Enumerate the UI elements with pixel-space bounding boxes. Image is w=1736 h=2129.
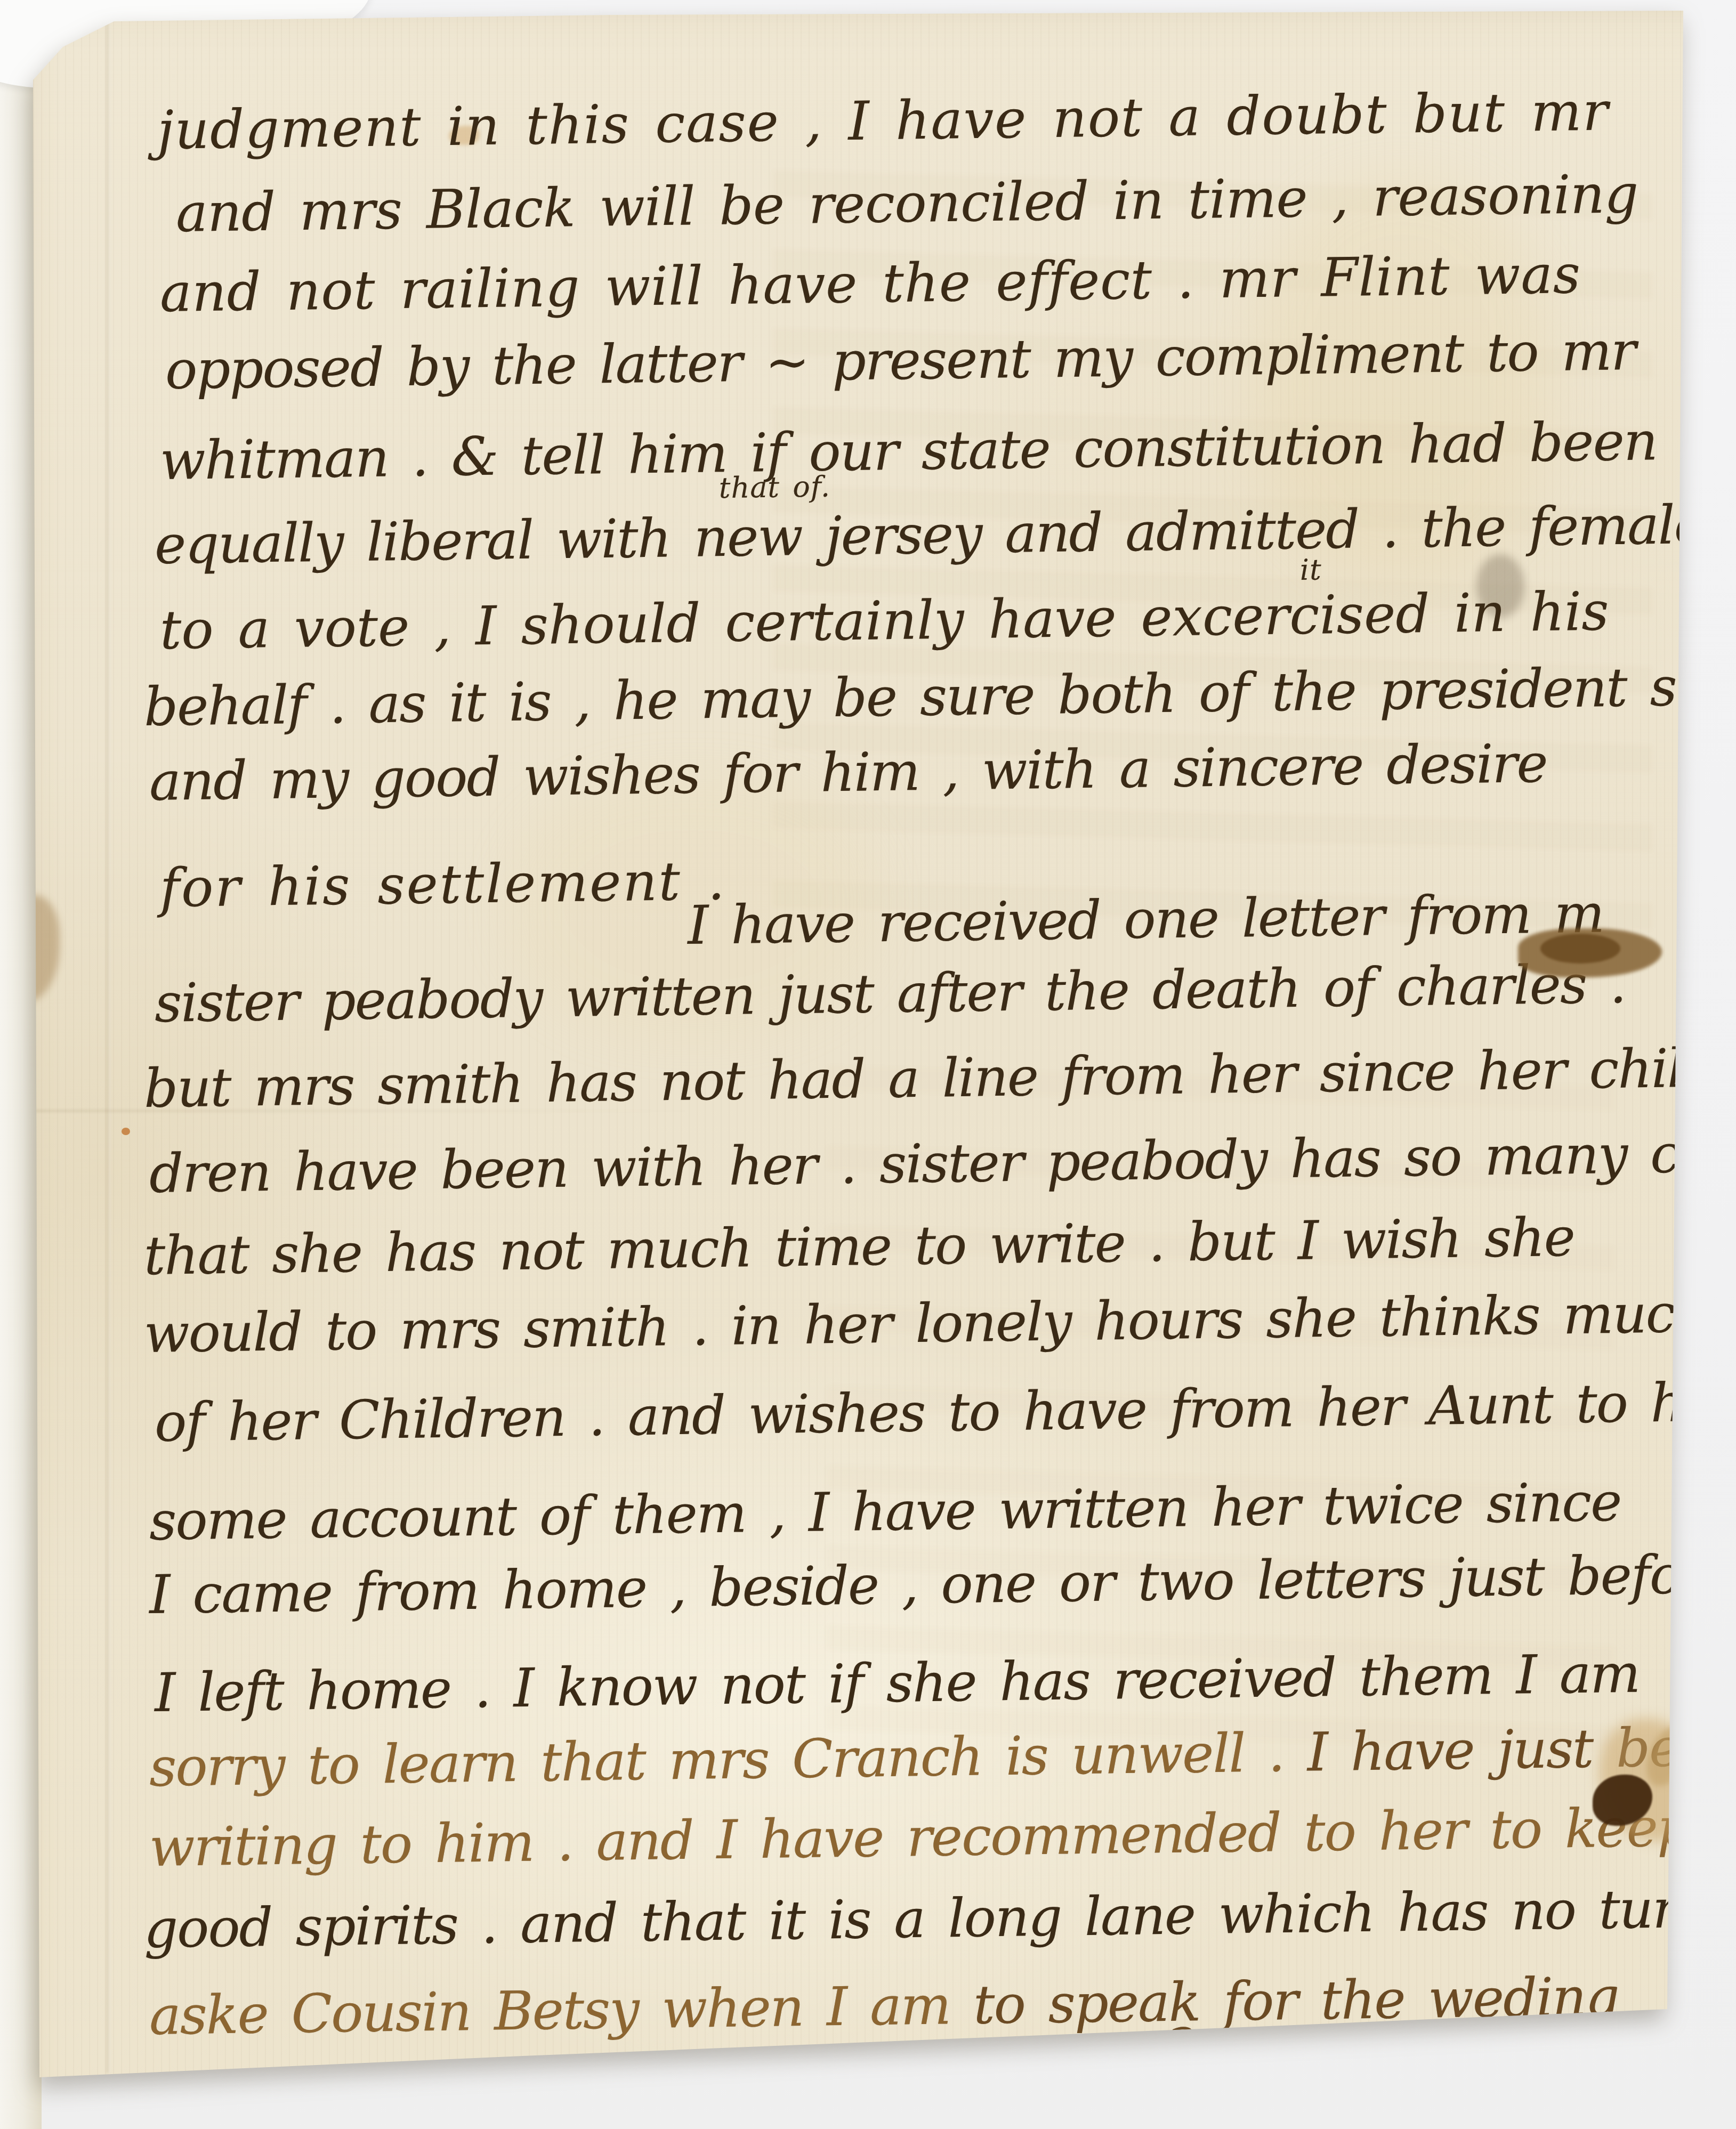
manuscript-text-segment: and not railing will have the effect . m… xyxy=(159,243,1581,324)
manuscript-text-segment: cap ? xyxy=(1039,2017,1197,2081)
manuscript-text-segment: judgment in this case , I have not a dou… xyxy=(157,80,1609,161)
manuscript-text-segment: of her Children . and wishes to have fro… xyxy=(154,1370,1736,1454)
manuscript-text-segment: good spirits . and that it is a long lan… xyxy=(143,1877,1710,1960)
manuscript-text-segment: I came from home , beside , one or two l… xyxy=(149,1543,1735,1626)
manuscript-line: that she has not much time to write . bu… xyxy=(143,1208,1574,1285)
manuscript-text-segment: dren have been with her . sister peabody… xyxy=(149,1121,1736,1205)
seal-stain xyxy=(1,1364,33,1412)
manuscript-line: I have received one letter from m xyxy=(687,885,1604,955)
manuscript-line: opposed by the latter ~ present my compl… xyxy=(165,322,1635,400)
letter-paper-wrap: judgment in this case , I have not a dou… xyxy=(0,0,1736,2129)
manuscript-text-segment: I left home . I know not if she has rece… xyxy=(154,1642,1640,1724)
manuscript-line: equally liberal with new jersey and admi… xyxy=(154,495,1731,574)
manuscript-text-segment: sister peabody written just after the de… xyxy=(154,953,1626,1034)
manuscript-line: to a vote , I should certainly have exce… xyxy=(159,582,1609,660)
manuscript-line: aske Cousin Betsy when I am to speak for… xyxy=(149,1968,1619,2045)
manuscript-text-segment: but mrs smith has not had a line from he… xyxy=(143,1036,1736,1120)
manuscript-text-segment: some account of them , I have written he… xyxy=(149,1471,1621,1552)
manuscript-line: whitman . & tell him if our state consti… xyxy=(159,412,1657,490)
manuscript-text-segment: to a vote , I should certainly have exce… xyxy=(159,580,1609,661)
manuscript-line: behalf . as it is , he may be sure both … xyxy=(143,658,1676,736)
manuscript-line: would to mrs smith . in her lonely hours… xyxy=(143,1284,1708,1363)
manuscript-line: I left home . I know not if she has rece… xyxy=(154,1645,1640,1722)
manuscript-text-segment: I have received one letter from m xyxy=(687,883,1604,957)
manuscript-text-segment: opposed by the latter ~ present my compl… xyxy=(165,320,1635,401)
manuscript-text: judgment in this case , I have not a dou… xyxy=(0,0,1736,2129)
manuscript-line: judgment in this case , I have not a dou… xyxy=(157,82,1609,160)
manuscript-line: writing to him . and I have recommended … xyxy=(149,1797,1736,1877)
manuscript-text-segment: writing to him . and I have recommended … xyxy=(149,1795,1736,1879)
manuscript-text-segment: aske Cousin Betsy when I am xyxy=(149,1974,950,2047)
manuscript-line: and not railing will have the effect . m… xyxy=(159,245,1581,322)
manuscript-text-segment: whitman . & tell him if our state consti… xyxy=(159,410,1657,492)
interlinear-insertion: it xyxy=(1299,554,1322,586)
manuscript-text-segment: for his settlement . xyxy=(159,849,726,919)
manuscript-text-segment: equally liberal with new jersey and admi… xyxy=(154,493,1731,576)
manuscript-text-segment: that she has not much time to write . bu… xyxy=(143,1206,1574,1287)
manuscript-line: I came from home , beside , one or two l… xyxy=(149,1545,1735,1624)
manuscript-line: cap ? xyxy=(1039,2019,1196,2079)
manuscript-line: for his settlement . xyxy=(159,852,726,918)
manuscript-line: and my good wishes for him , with a sinc… xyxy=(149,734,1547,811)
manuscript-line: good spirits . and that it is a long lan… xyxy=(143,1880,1710,1958)
manuscript-text-segment: and mrs Black will be reconciled in time… xyxy=(175,163,1638,244)
manuscript-text-segment: I have just been xyxy=(1283,1715,1736,1784)
photograph-of-letter: judgment in this case , I have not a dou… xyxy=(0,0,1736,2129)
manuscript-line: of her Children . and wishes to have fro… xyxy=(154,1372,1736,1452)
manuscript-line: dren have been with her . sister peabody… xyxy=(149,1123,1736,1203)
manuscript-text-segment: behalf . as it is , he may be sure both … xyxy=(143,655,1676,738)
letter-paper: judgment in this case , I have not a dou… xyxy=(0,0,1736,2129)
manuscript-text-segment: would to mrs smith . in her lonely hours… xyxy=(143,1282,1708,1365)
manuscript-line: sorry to learn that mrs Cranch is unwell… xyxy=(149,1718,1736,1797)
manuscript-line: and mrs Black will be reconciled in time… xyxy=(175,165,1638,242)
manuscript-text-segment: and my good wishes for him , with a sinc… xyxy=(149,732,1547,813)
manuscript-line: but mrs smith has not had a line from he… xyxy=(143,1038,1736,1118)
manuscript-text-segment: sorry to learn that mrs Cranch is unwell… xyxy=(149,1721,1284,1799)
interlinear-insertion: that of. xyxy=(718,471,830,504)
manuscript-line: sister peabody written just after the de… xyxy=(154,955,1626,1033)
manuscript-line: some account of them , I have written he… xyxy=(149,1473,1621,1551)
